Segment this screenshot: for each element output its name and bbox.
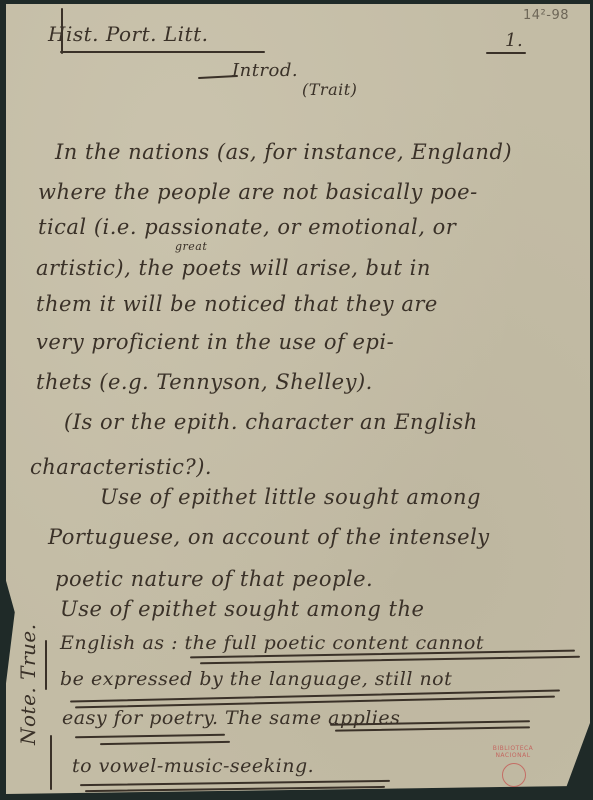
page-number: 1. — [505, 30, 523, 51]
library-stamp-seal-icon — [502, 763, 526, 787]
manuscript-line-5: them it will be noticed that they are — [36, 292, 438, 316]
manuscript-line-6: very proficient in the use of epi- — [36, 330, 394, 354]
header-title: Hist. Port. Litt. — [48, 22, 208, 46]
archive-reference: 14²-98 — [523, 8, 569, 23]
library-stamp-text: BIBLIOTECA NACIONAL — [478, 745, 548, 759]
manuscript-line-2: where the people are not basically poe- — [38, 180, 478, 204]
manuscript-line-4: artistic), the poets will arise, but in — [36, 256, 431, 280]
manuscript-line-1: In the nations (as, for instance, Englan… — [55, 140, 512, 164]
manuscript-line-8: (Is or the epith. character an English — [64, 410, 478, 434]
margin-bracket-line — [61, 8, 63, 54]
page-number-underline — [486, 52, 526, 54]
margin-note-rule-top — [45, 640, 47, 690]
manuscript-line-16: easy for poetry. The same applies — [62, 707, 400, 729]
manuscript-line-15: be expressed by the language, still not — [60, 668, 452, 690]
margin-note: Note. True. — [16, 623, 40, 745]
header-title-underline — [60, 51, 265, 53]
manuscript-line-3: tical (i.e. passionate, or emotional, or — [38, 215, 456, 239]
manuscript-line-13: Use of epithet sought among the — [60, 597, 424, 621]
manuscript-line-14: English as : the full poetic content can… — [60, 632, 484, 654]
interlinear-insertion: great — [175, 240, 207, 253]
manuscript-line-11: Portuguese, on account of the intensely — [48, 525, 490, 549]
header-subtitle: Introd. — [232, 60, 298, 81]
manuscript-line-7: thets (e.g. Tennyson, Shelley). — [36, 370, 373, 394]
manuscript-line-17: to vowel-music-seeking. — [72, 755, 314, 777]
library-stamp: BIBLIOTECA NACIONAL — [478, 745, 548, 795]
header-note: (Trait) — [302, 80, 357, 99]
manuscript-line-10: Use of epithet little sought among — [100, 485, 481, 509]
manuscript-line-9: characteristic?). — [30, 455, 212, 479]
manuscript-line-12: poetic nature of that people. — [55, 567, 373, 591]
margin-note-rule-bottom — [50, 735, 52, 790]
